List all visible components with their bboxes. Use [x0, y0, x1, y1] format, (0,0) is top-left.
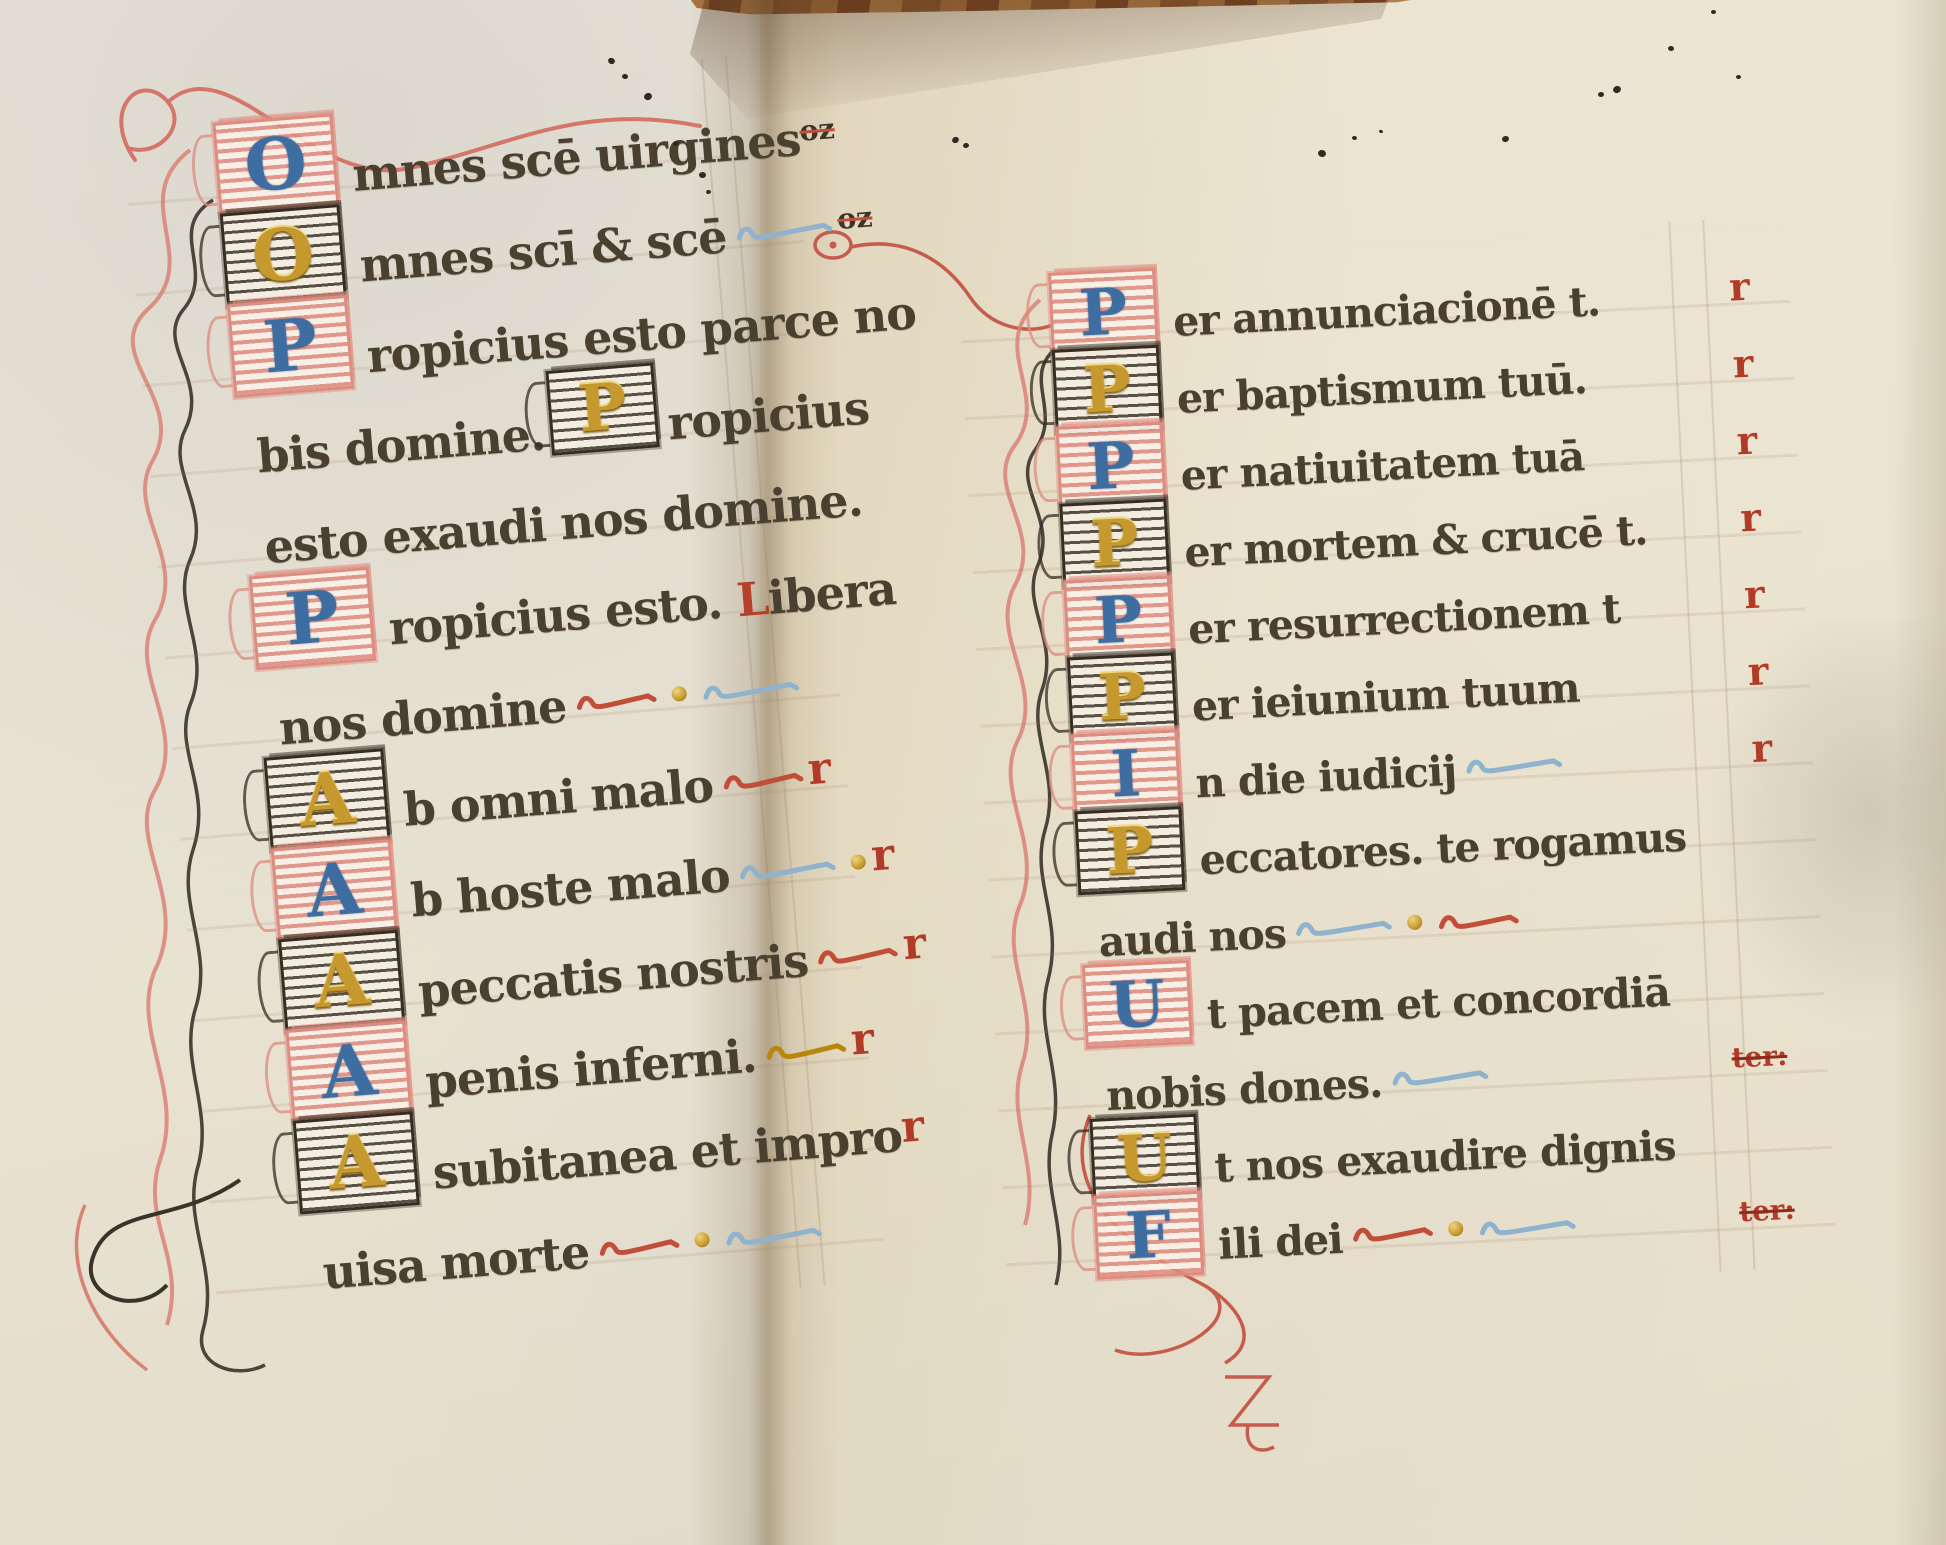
flourish-tail-left — [55, 1165, 335, 1445]
line-filler-blue — [1391, 1064, 1488, 1089]
line-filler-red — [598, 1233, 679, 1259]
margin-mark-r: r — [806, 747, 833, 800]
ink-speck — [1668, 46, 1674, 52]
line-text: uisa morte — [321, 1229, 591, 1296]
ink-speck — [1501, 135, 1509, 143]
margin-mark-r: r — [1728, 268, 1751, 316]
initial-letter: P — [1082, 356, 1133, 422]
ink-speck — [1352, 135, 1358, 140]
right-page-edge — [1892, 0, 1946, 1545]
line-text: ili dei — [1217, 1219, 1343, 1266]
ink-speck — [1711, 10, 1716, 15]
initial-letter: O — [242, 127, 310, 203]
initial-letter: A — [326, 1125, 387, 1201]
initial-letter: A — [304, 853, 365, 929]
initial-letter: I — [1109, 741, 1142, 806]
initial-letter: A — [318, 1034, 379, 1110]
ink-speck — [1379, 129, 1384, 133]
initial-letter: A — [296, 762, 357, 838]
ink-speck — [951, 136, 960, 144]
line-filler-blue — [1465, 752, 1562, 777]
margin-mark-oz: oz — [836, 203, 875, 250]
initial-letter: P — [283, 581, 342, 656]
margin-mark-r: r — [1747, 652, 1770, 700]
right-page-text-block: Per annunciacionē t.rPer baptismum tuū.r… — [1048, 238, 1796, 1272]
gold-dot-filler — [671, 686, 687, 702]
margin-mark-r: r — [849, 1017, 876, 1070]
margin-mark-ter: ter: — [1738, 1196, 1796, 1241]
ink-speck — [673, 141, 679, 146]
gold-dot-filler — [850, 854, 866, 870]
text-segment: uisa morte — [321, 1225, 591, 1300]
initial-letter: P — [1089, 510, 1140, 576]
line-filler-blue — [1479, 1214, 1576, 1239]
margin-mark-r: r — [1743, 575, 1766, 623]
initial-letter: P — [1093, 587, 1144, 653]
initial-letter: P — [1085, 433, 1136, 499]
margin-mark-r: r — [1751, 729, 1774, 777]
margin-mark-oz: oz — [798, 115, 837, 162]
gold-dot-filler — [1407, 914, 1423, 930]
margin-mark-r: r — [1739, 499, 1762, 547]
initial-letter: P — [576, 375, 629, 443]
text-segment: ili dei — [1217, 1215, 1344, 1269]
initial-letter: F — [1124, 1202, 1172, 1268]
text-segment: L — [735, 571, 771, 627]
initial-letter: P — [261, 309, 320, 384]
initial-letter: P — [1078, 279, 1129, 345]
margin-mark-r: r — [899, 1105, 926, 1158]
margin-mark-r: r — [1732, 345, 1755, 393]
initial-letter: U — [1115, 1125, 1173, 1191]
initial-letter: P — [1104, 818, 1155, 884]
manuscript-photo: Omnes scē uirginesozOmnes scī & scēozPro… — [0, 0, 1946, 1545]
line-filler-red — [1438, 909, 1519, 933]
left-page-text-block: Omnes scē uirginesozOmnes scī & scēozPro… — [212, 75, 845, 1297]
text-segment: ibera — [766, 561, 898, 625]
line-filler-red — [575, 687, 656, 713]
illuminated-initial-P: P — [546, 363, 660, 456]
initial-letter: O — [249, 218, 317, 294]
line-filler-blue — [1295, 915, 1392, 940]
margin-mark-r: r — [870, 833, 897, 886]
initial-letter: A — [311, 943, 372, 1019]
gold-dot-filler — [1448, 1221, 1464, 1237]
line-filler-blue — [702, 676, 799, 704]
margin-mark-r: r — [1736, 422, 1759, 470]
line-filler-red — [722, 767, 803, 793]
illuminated-initial-F: F — [1093, 1191, 1204, 1280]
line-filler-blue — [725, 1222, 822, 1250]
initial-letter: U — [1108, 971, 1166, 1037]
ink-speck — [963, 143, 970, 149]
gold-dot-filler — [694, 1232, 710, 1248]
ink-speck — [1317, 149, 1327, 158]
initial-letter: P — [1097, 664, 1148, 730]
ink-speck — [1598, 92, 1604, 97]
ink-speck — [1612, 85, 1622, 94]
line-filler-red — [1352, 1221, 1433, 1245]
margin-mark-r: r — [901, 922, 928, 975]
ink-speck — [1736, 75, 1741, 79]
margin-mark-ter: ter: — [1731, 1042, 1789, 1087]
